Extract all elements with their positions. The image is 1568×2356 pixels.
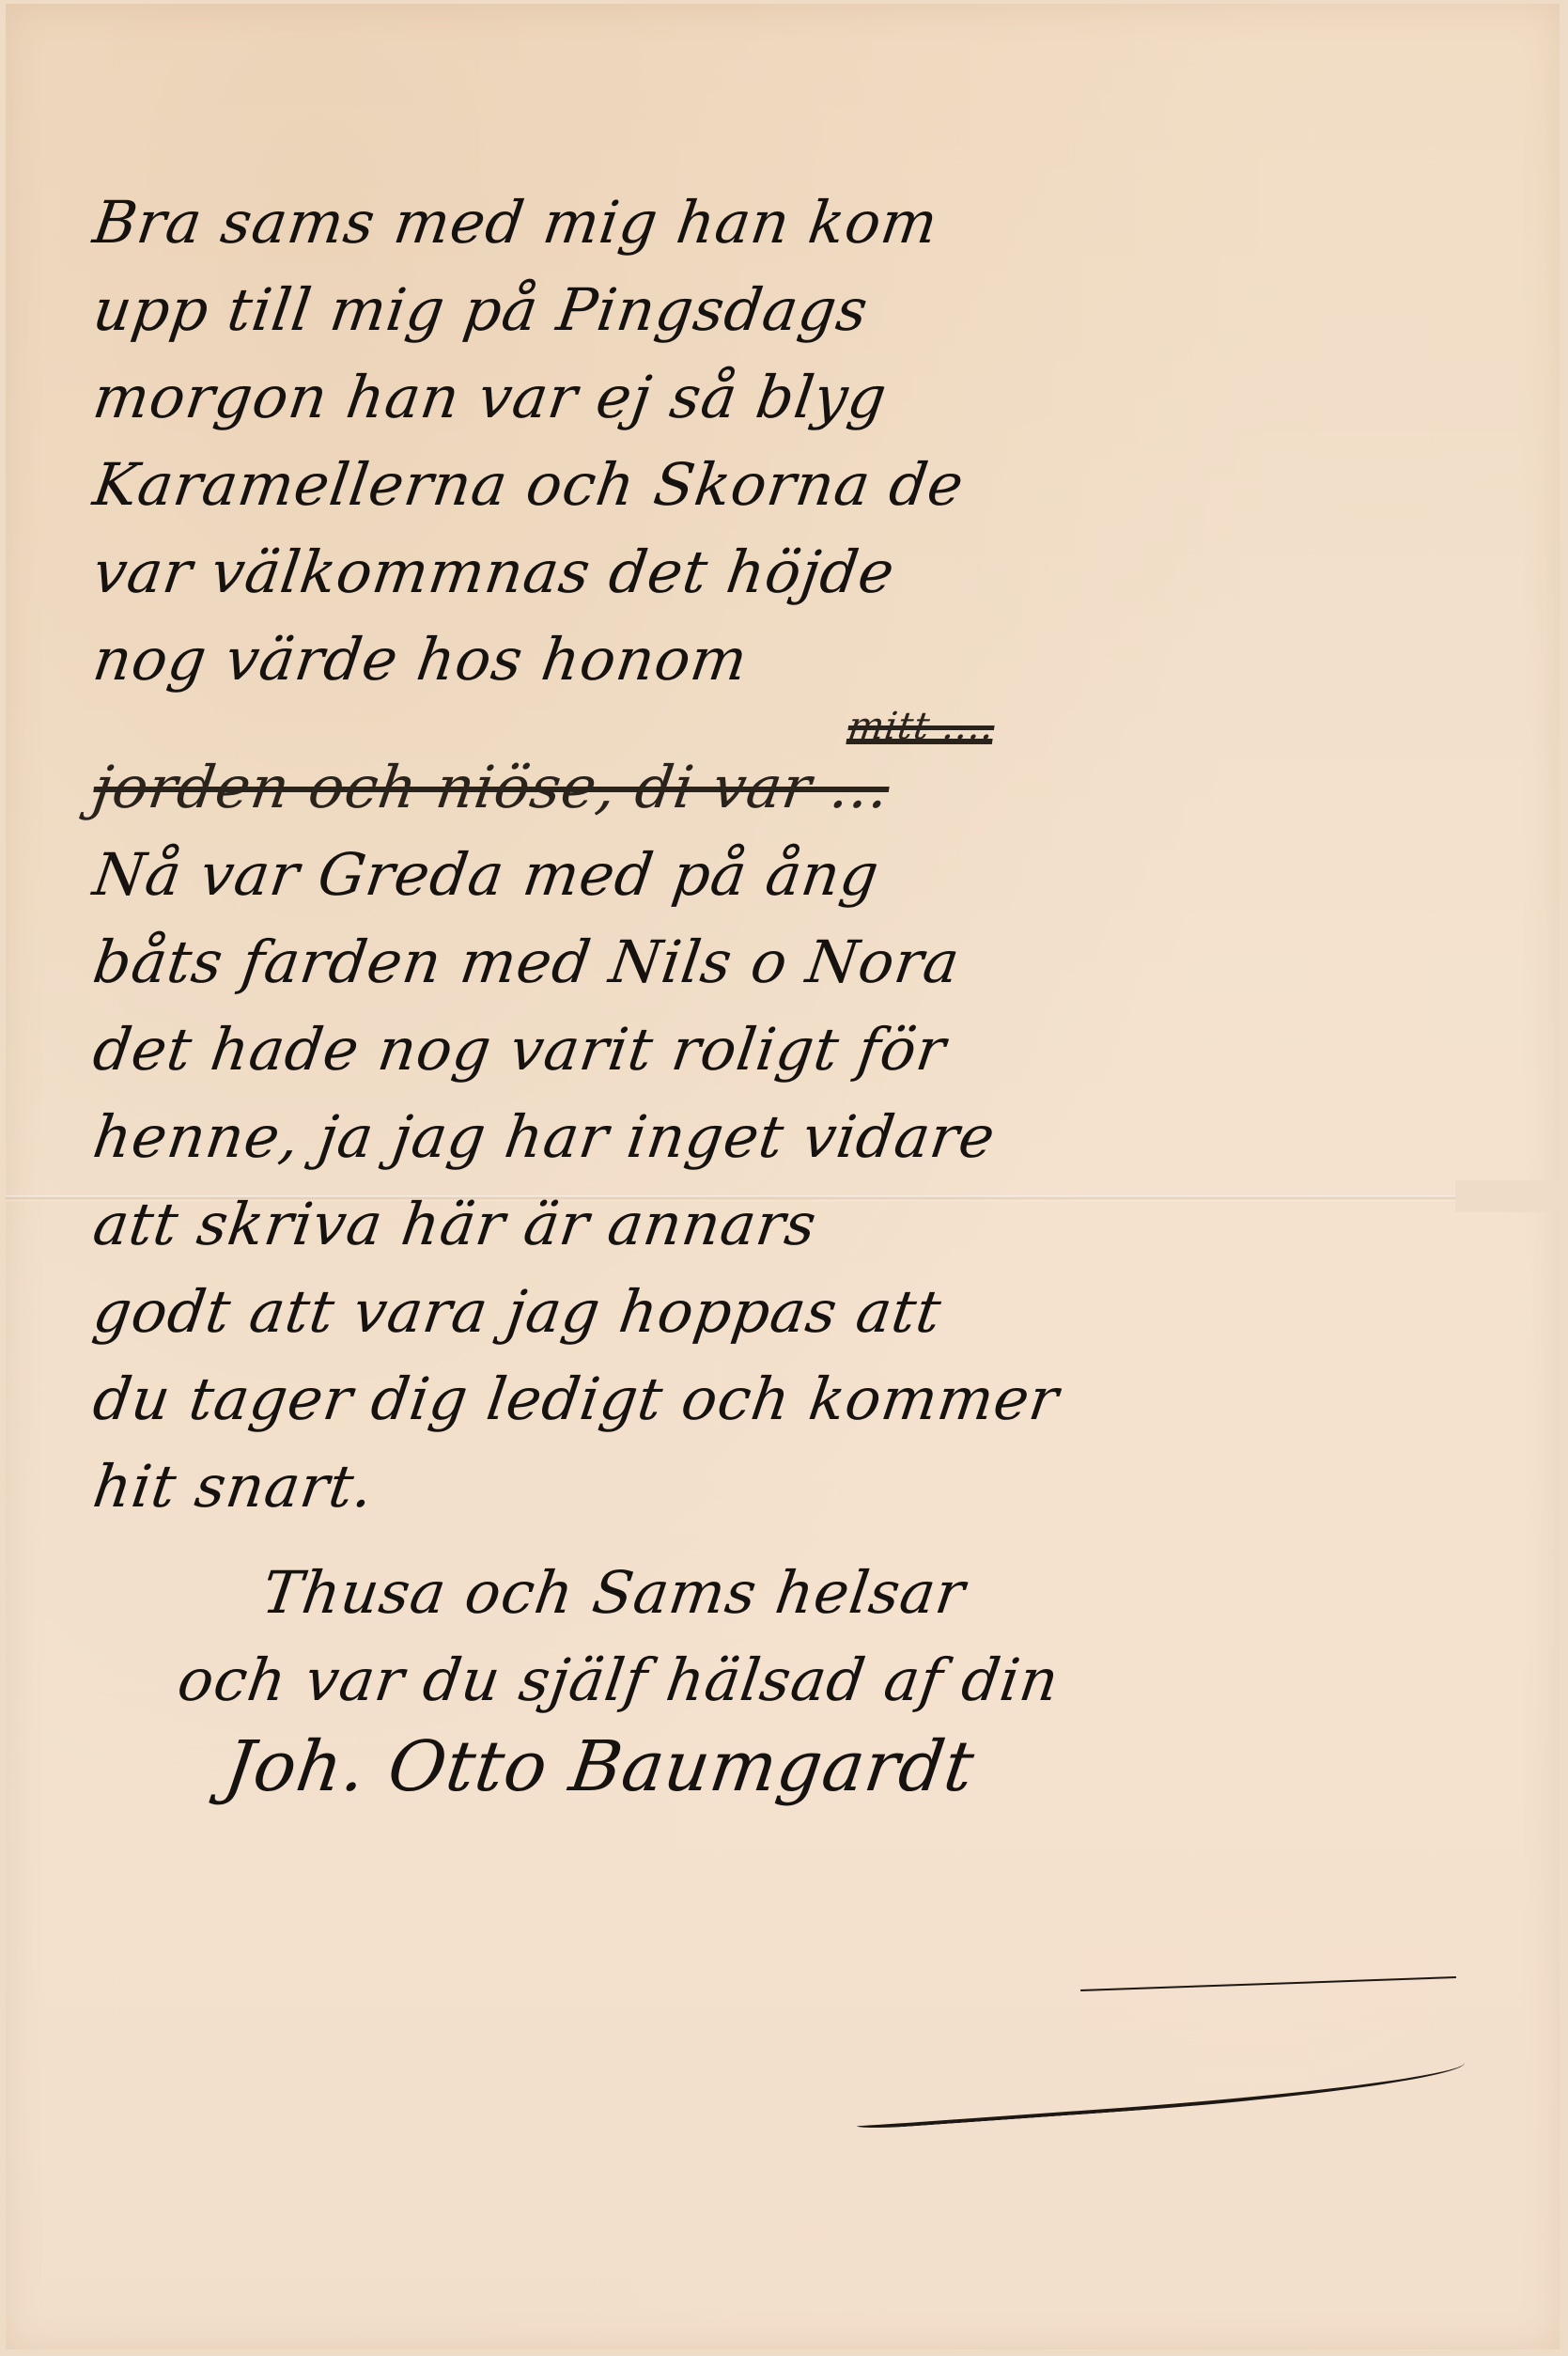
letter-line: var välkommnas det höjde	[87, 528, 1565, 616]
letter-line: Bra sams med mig han kom	[87, 179, 1565, 266]
struck-through-line: jorden och niöse, di var ...	[87, 743, 1565, 831]
struck-insert: mitt ....	[846, 705, 998, 748]
handwritten-letter: Bra sams med mig han kom upp till mig på…	[94, 179, 1560, 1811]
letter-line: godt att vara jag hoppas att	[87, 1268, 1565, 1355]
letter-line: att skriva här är annars	[87, 1180, 1565, 1268]
letter-line: båts farden med Nils o Nora	[87, 918, 1565, 1006]
signature: Joh. Otto Baumgardt	[219, 1724, 1565, 1811]
letter-line: upp till mig på Pingsdags	[87, 266, 1565, 353]
letter-line: du tager dig ledigt och kommer	[87, 1355, 1565, 1443]
letter-line: Nå var Greda med på ång	[87, 831, 1565, 918]
closing-greeting: Thusa och Sams helsar	[256, 1549, 1565, 1636]
letter-line: nog värde hos honom	[87, 616, 1565, 703]
letter-line: henne, ja jag har inget vidare	[87, 1093, 1565, 1180]
letter-line: hit snart.	[87, 1443, 1565, 1530]
letter-line: det hade nog varit roligt för	[87, 1006, 1565, 1093]
closing-sign-off: och var du själf hälsad af din	[172, 1636, 1565, 1724]
letter-line: Karamellerna och Skorna de	[87, 441, 1565, 528]
letter-line: morgon han var ej så blyg	[87, 353, 1565, 441]
